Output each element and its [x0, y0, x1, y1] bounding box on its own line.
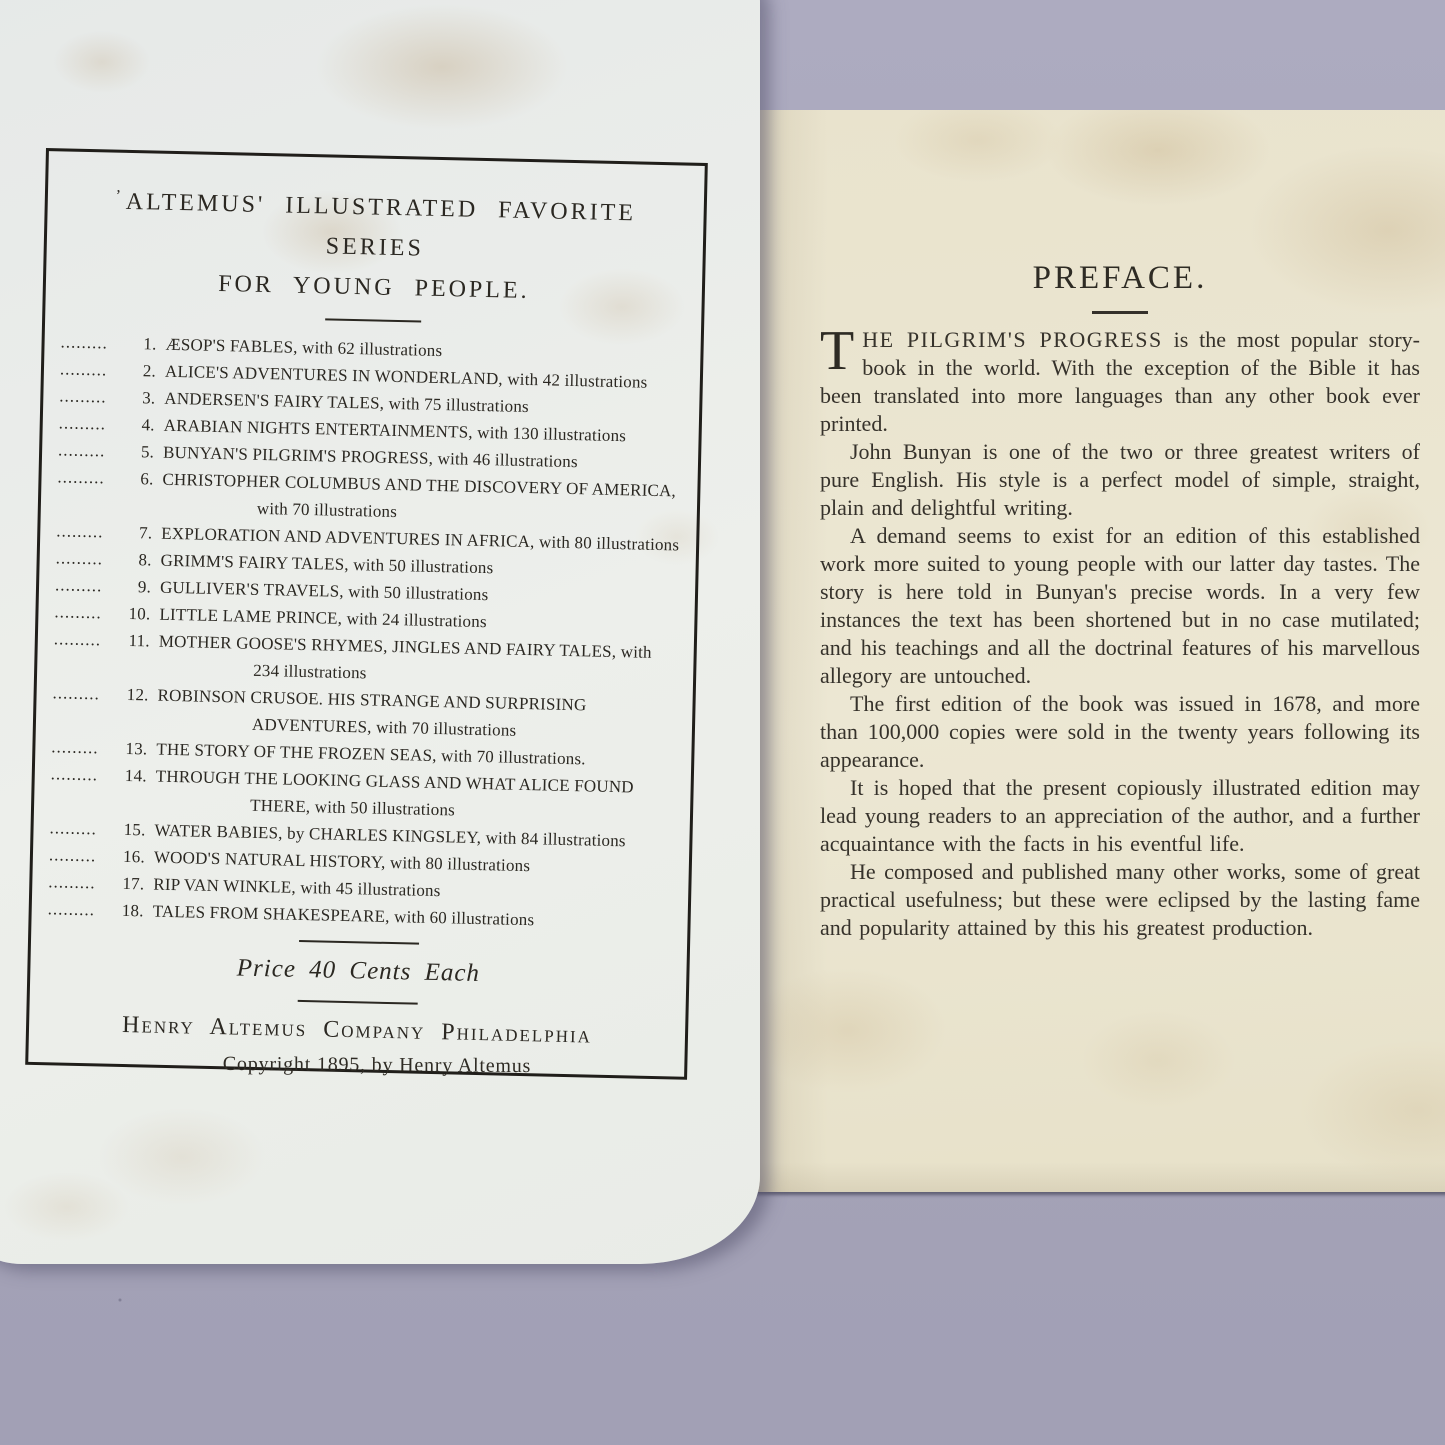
dot-leader: .........: [48, 868, 111, 896]
item-number: 17.: [110, 870, 145, 898]
left-page: ’ALTEMUS' ILLUSTRATED FAVORITE SERIES FO…: [0, 0, 760, 1264]
dot-leader: .........: [60, 355, 123, 383]
preface-section: PREFACE. THE PILGRIM'S PROGRESS is the m…: [820, 260, 1420, 942]
dot-leader: .........: [52, 679, 115, 707]
series-list: .........1.ÆSOP'S FABLES, with 62 illust…: [47, 328, 684, 936]
series-title: ’ALTEMUS' ILLUSTRATED FAVORITE SERIES FO…: [62, 175, 689, 314]
item-number: 16.: [111, 843, 146, 871]
item-text: ÆSOP'S FABLES, with 62 illustrations: [165, 335, 442, 360]
preface-paragraph: THE PILGRIM'S PROGRESS is the most popul…: [820, 326, 1420, 438]
preface-paragraph: A demand seems to exist for an edition o…: [820, 522, 1420, 690]
paragraph-lead-caps: HE PILGRIM'S PROGRESS: [862, 327, 1163, 352]
item-number: 3.: [121, 384, 156, 412]
dot-leader: .........: [57, 463, 120, 491]
item-text: GRIMM'S FAIRY TALES, with 50 illustratio…: [160, 551, 493, 578]
item-text: ANDERSEN'S FAIRY TALES, with 75 illustra…: [164, 389, 529, 416]
dropcap-letter: T: [820, 326, 862, 374]
item-number: 13.: [113, 735, 148, 763]
price-line: Price 40 Cents Each: [46, 946, 671, 996]
dot-leader: .........: [49, 841, 112, 869]
item-text: MOTHER GOOSE'S RHYMES, JINGLES AND FAIRY…: [159, 632, 652, 683]
item-number: 7.: [118, 519, 153, 547]
item-text: LITTLE LAME PRINCE, with 24 illustration…: [159, 605, 487, 631]
item-number: 1.: [122, 330, 157, 358]
dot-leader: .........: [58, 436, 121, 464]
item-number: 6.: [119, 465, 154, 493]
item-number: 18.: [109, 897, 144, 925]
preface-paragraph: He composed and published many other wor…: [820, 858, 1420, 942]
dot-leader: .........: [56, 517, 119, 545]
series-title-line1: ALTEMUS' ILLUSTRATED FAVORITE SERIES: [126, 189, 637, 262]
preface-body: THE PILGRIM'S PROGRESS is the most popul…: [820, 326, 1420, 942]
dot-leader: .........: [59, 382, 122, 410]
publisher-line: Henry Altemus Company Philadelphia: [45, 1006, 670, 1054]
series-title-line2: FOR YOUNG PEOPLE.: [218, 271, 530, 304]
dot-leader: .........: [58, 409, 121, 437]
dot-leader: .........: [55, 544, 118, 572]
series-divider-rule: [325, 318, 421, 322]
item-number: 12.: [114, 681, 149, 709]
preface-title: PREFACE.: [820, 260, 1420, 297]
preface-paragraph: John Bunyan is one of the two or three g…: [820, 438, 1420, 522]
item-number: 15.: [111, 816, 146, 844]
dot-leader: .........: [60, 328, 123, 356]
item-number: 9.: [117, 573, 152, 601]
item-number: 14.: [112, 762, 147, 790]
preface-paragraph: The first edition of the book was issued…: [820, 690, 1420, 774]
item-number: 10.: [116, 600, 151, 628]
series-advert-box: ’ALTEMUS' ILLUSTRATED FAVORITE SERIES FO…: [25, 148, 708, 1080]
dot-leader: .........: [54, 625, 117, 653]
item-text: CHRISTOPHER COLUMBUS AND THE DISCOVERY O…: [162, 470, 676, 521]
dot-leader: .........: [47, 895, 110, 923]
dot-leader: .........: [54, 598, 117, 626]
open-book-photo: PREFACE. THE PILGRIM'S PROGRESS is the m…: [0, 0, 1445, 1445]
item-number: 11.: [116, 627, 151, 655]
dot-leader: .........: [49, 814, 112, 842]
price-top-rule: [299, 940, 419, 945]
item-number: 8.: [117, 546, 152, 574]
right-page: PREFACE. THE PILGRIM'S PROGRESS is the m…: [728, 110, 1445, 1192]
preface-divider-rule: [1092, 311, 1148, 314]
copyright-line: Copyright 1895, by Henry Altemus: [46, 1052, 708, 1080]
price-bottom-rule: [298, 1000, 418, 1005]
pen-mark: ’: [115, 188, 124, 205]
item-number: 4.: [120, 411, 155, 439]
item-text: TALES FROM SHAKESPEARE, with 60 illustra…: [152, 902, 534, 930]
item-text: GULLIVER'S TRAVELS, with 50 illustration…: [160, 578, 489, 604]
item-text: ROBINSON CRUSOE. HIS STRANGE AND SURPRIS…: [157, 686, 586, 740]
item-number: 2.: [122, 357, 157, 385]
dot-leader: .........: [51, 733, 114, 761]
dot-leader: .........: [55, 571, 118, 599]
item-text: THROUGH THE LOOKING GLASS AND WHAT ALICE…: [156, 767, 634, 820]
dot-leader: .........: [50, 760, 113, 788]
preface-paragraph: It is hoped that the present copiously i…: [820, 774, 1420, 858]
item-text: RIP VAN WINKLE, with 45 illustrations: [153, 875, 441, 901]
item-number: 5.: [120, 438, 155, 466]
